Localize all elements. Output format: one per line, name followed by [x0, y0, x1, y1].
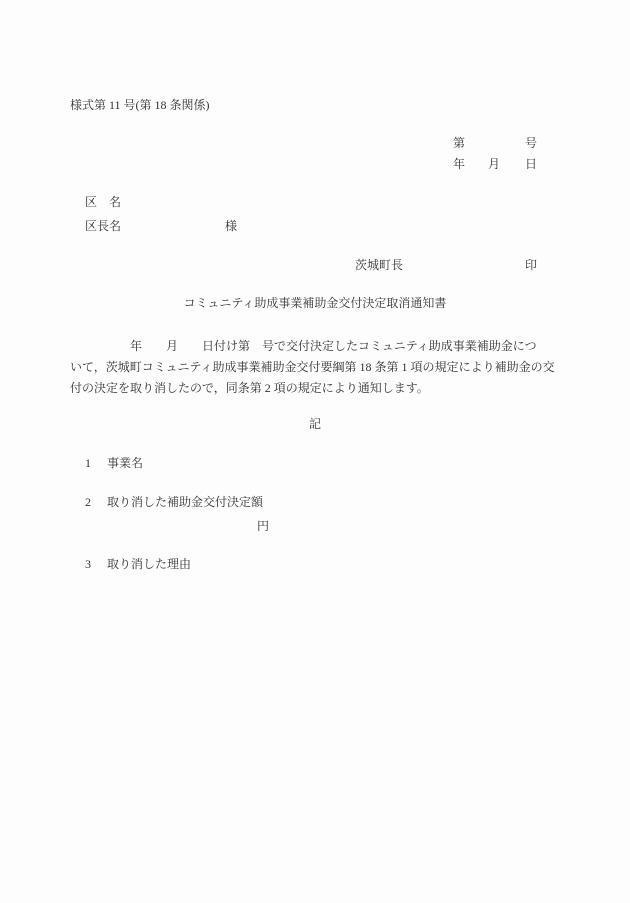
document-title: コミュニティ助成事業補助金交付決定取消通知書 [0, 296, 630, 311]
body-line: 付の決定を取り消したので，同条第 2 項の規定により通知します。 [70, 378, 570, 399]
body-line: 年 月 日付け第 号で交付決定したコミュニティ助成事業補助金につ [70, 336, 570, 357]
doc-number-suffix-label: 号 [525, 136, 537, 151]
honorific-label: 様 [225, 219, 237, 234]
document-page: 様式第 11 号(第 18 条関係) 第 号 年 月 日 区 名 区長名 様 茨… [0, 0, 630, 903]
body-line: いて，茨城町コミュニティ助成事業補助金交付要綱第 18 条第 1 項の規定により… [70, 357, 570, 378]
item-label: 事業名 [107, 456, 143, 471]
mayor-title-label: 茨城町長 [355, 258, 403, 273]
seal-mark-label: 印 [525, 258, 537, 273]
item-number: 3 [85, 557, 91, 572]
date-month-label: 月 [488, 157, 500, 172]
district-head-label: 区長名 [85, 219, 121, 234]
record-marker: 記 [0, 417, 630, 432]
date-year-label: 年 [453, 157, 465, 172]
district-name-label: 区 名 [85, 195, 121, 210]
item-label: 取り消した補助金交付決定額 [107, 495, 263, 510]
item-number: 1 [85, 456, 91, 471]
date-day-label: 日 [525, 157, 537, 172]
form-number: 様式第 11 号(第 18 条関係) [70, 98, 210, 113]
body-paragraph: 年 月 日付け第 号で交付決定したコミュニティ助成事業補助金につ いて，茨城町コ… [70, 336, 570, 399]
doc-number-prefix-label: 第 [453, 136, 465, 151]
item-label: 取り消した理由 [107, 557, 191, 572]
item-number: 2 [85, 495, 91, 510]
yen-unit-label: 円 [257, 519, 269, 534]
